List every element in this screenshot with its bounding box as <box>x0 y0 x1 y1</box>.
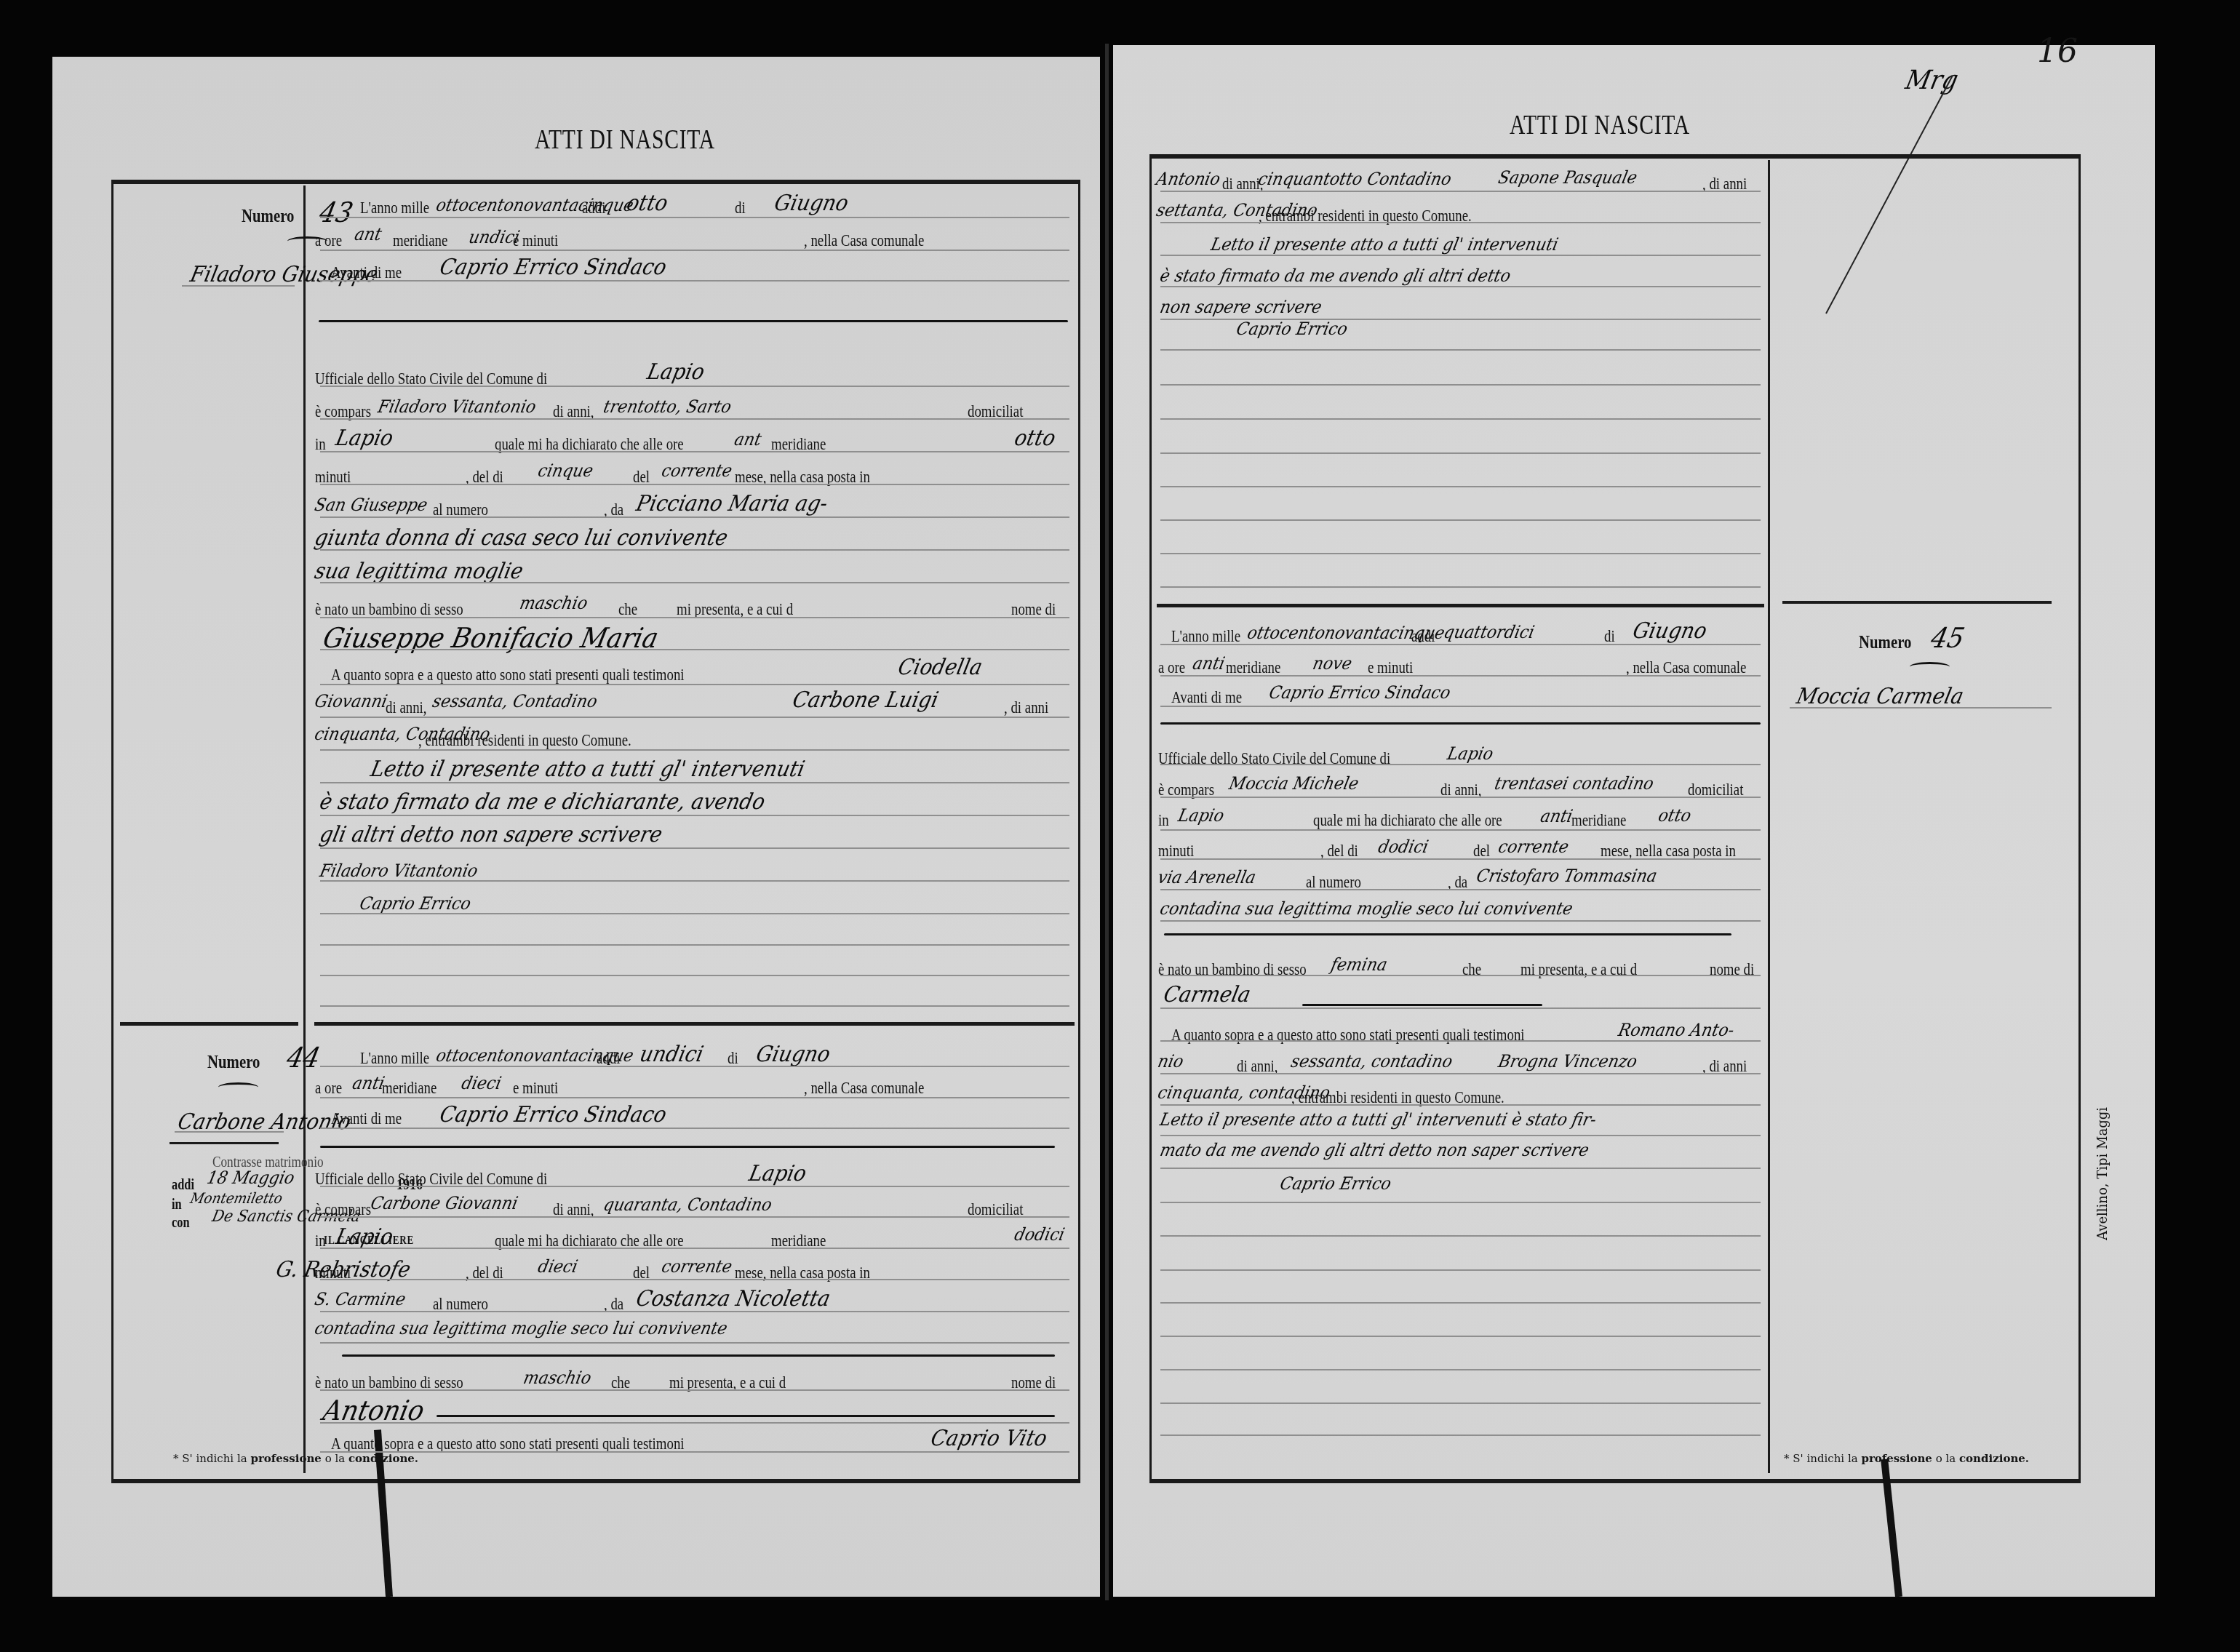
flourish <box>218 1082 258 1092</box>
pen-fill-stroke <box>1164 933 1731 935</box>
footnote-right: * S' indichi la professione o la condizi… <box>1784 1452 2029 1465</box>
ruled-line <box>320 484 1069 485</box>
right-main-entry-rule <box>1157 604 1764 607</box>
ruled-line <box>1160 1434 1761 1436</box>
ruled-line <box>175 1131 284 1133</box>
del-value: corrente <box>660 460 734 481</box>
ruled-line <box>320 1066 1069 1067</box>
ruled-line <box>320 913 1069 914</box>
ruled-line <box>1160 975 1761 976</box>
ruled-line <box>1160 418 1761 420</box>
ruled-line <box>320 684 1069 685</box>
left-margin-entry-rule <box>120 1022 298 1026</box>
numero-43: 43 <box>316 196 356 228</box>
ora-nascita-prefix: anti <box>1539 806 1574 826</box>
sesso-value: femina <box>1329 954 1390 975</box>
minuti-label: e minuti <box>513 231 558 250</box>
sesso-value: maschio <box>518 593 589 613</box>
flourish <box>1910 662 1950 671</box>
ruled-line <box>1160 1369 1761 1370</box>
ora-nascita-prefix: ant <box>733 429 763 450</box>
ruled-line <box>320 815 1069 816</box>
numero-44: 44 <box>284 1042 323 1074</box>
sesso-value: maschio <box>522 1368 593 1388</box>
ruled-line <box>1160 319 1761 320</box>
di-anni-label-3: , di anni <box>1004 698 1048 717</box>
pen-fill-stroke <box>1160 722 1761 725</box>
eta-value: trentasei contadino <box>1493 773 1656 794</box>
eta-value: trentotto, Sarto <box>602 396 733 417</box>
chiusura-line-3: gli altri detto non sapere scrivere <box>317 822 664 847</box>
giorno-value: undici <box>637 1042 706 1067</box>
di-anni-label-2: di anni, <box>386 698 427 717</box>
ruled-line <box>320 1097 1069 1098</box>
in-value: Lapio <box>333 426 395 451</box>
in-label: in <box>1158 811 1169 830</box>
ruled-line <box>1160 920 1761 922</box>
ora-nascita-value: dodici <box>1013 1224 1067 1245</box>
firma-ufficiale: Caprio Errico <box>1235 319 1350 339</box>
ore-prefix: ant <box>353 224 383 244</box>
chiusura-line-2: mato da me avendo gli altri detto non sa… <box>1158 1140 1591 1160</box>
eta1-value: sessanta, contadino <box>1289 1051 1454 1072</box>
annotation-addi-value: 18 Maggio <box>205 1168 296 1188</box>
testimone2-value: Carbone Luigi <box>790 687 941 713</box>
ore-value: dieci <box>460 1073 503 1093</box>
ruled-line <box>1160 519 1761 521</box>
avanti-label: Avanti di me <box>1171 688 1242 707</box>
ruled-line <box>320 1342 1069 1344</box>
entrambi-label: , entrambi residenti in questo Comune. <box>418 731 631 750</box>
comparso-value: Carbone Giovanni <box>369 1193 519 1213</box>
ruled-line <box>320 280 1069 282</box>
firma-dichiarante: Filadoro Vitantonio <box>318 861 479 881</box>
ruled-line <box>1160 349 1761 351</box>
ore-prefix: anti <box>1191 653 1227 674</box>
page-number-mark: 16 <box>2037 33 2078 70</box>
pen-fill-stroke <box>1302 1004 1542 1006</box>
ruled-line <box>320 1248 1069 1249</box>
ruled-line <box>320 975 1069 976</box>
footnote-bold: condizione. <box>1959 1452 2029 1465</box>
ruled-line <box>1160 1336 1761 1337</box>
ore-label: a ore <box>315 1079 342 1098</box>
ruled-line <box>320 1279 1069 1280</box>
ruled-line <box>320 782 1069 783</box>
ruled-line <box>320 549 1069 551</box>
ruled-line <box>320 582 1069 583</box>
madre-line-2: contadina sua legittima moglie seco lui … <box>313 1318 730 1338</box>
ruled-line <box>320 1389 1069 1391</box>
annotation-addi-label: addi <box>172 1177 194 1194</box>
initials-mark: Mrg <box>1903 65 1961 95</box>
ruled-line <box>320 516 1069 518</box>
chiusura-line-1: Letto il presente atto a tutti gl' inter… <box>368 757 807 782</box>
meridiane-label: meridiane <box>382 1079 437 1098</box>
minuti-label: e minuti <box>513 1079 558 1098</box>
di-label: di <box>735 199 746 218</box>
ruled-line <box>320 451 1069 452</box>
ruled-line <box>320 1128 1069 1129</box>
in-value: Lapio <box>333 1224 395 1250</box>
madre-value: Picciano Maria ag- <box>634 491 830 516</box>
meridiane-label: meridiane <box>393 231 447 250</box>
right-margin-entry-rule <box>1782 601 2052 604</box>
madre-value: Costanza Nicoletta <box>634 1286 832 1312</box>
ruled-line <box>1160 1135 1761 1136</box>
comune-value: Lapio <box>1446 743 1495 764</box>
ore-value: nove <box>1311 653 1354 674</box>
ruled-line <box>1160 1007 1761 1009</box>
mese-value: Giugno <box>1630 618 1709 644</box>
giorno-value: quattordici <box>1442 622 1536 642</box>
ruled-line <box>1160 1235 1761 1237</box>
mese-value: Giugno <box>772 191 850 216</box>
page-title-left: ATTI DI NASCITA <box>535 124 715 156</box>
testimone2-value: Brogna Vincenzo <box>1496 1051 1639 1072</box>
sindaco-value: Caprio Errico Sindaco <box>437 1102 669 1128</box>
chiusura-line-1: Letto il presente atto a tutti gl' inter… <box>1158 1109 1598 1130</box>
ruled-line <box>1160 1168 1761 1169</box>
testimoni-label: A quanto sopra e a questo atto sono stat… <box>1171 1026 1525 1045</box>
giorno-value: otto <box>624 191 670 216</box>
nato-label: è nato un bambino di sesso <box>1158 960 1307 979</box>
madre-line-2: contadina sua legittima moglie seco lui … <box>1158 898 1575 919</box>
ruled-line <box>1160 222 1761 223</box>
sindaco-value: Caprio Errico Sindaco <box>437 255 669 280</box>
ruled-line <box>320 649 1069 650</box>
meridiane-label-2: meridiane <box>1571 811 1626 830</box>
nome-di-label: nome di <box>1710 960 1754 979</box>
firma-ufficiale: Caprio Errico <box>1278 1173 1393 1194</box>
chiusura-line-1: Letto il presente atto a tutti gl' inter… <box>1209 234 1561 255</box>
ruled-line <box>320 250 1069 251</box>
del-value: corrente <box>1496 837 1571 857</box>
footnote-bold: professione <box>1861 1452 1932 1465</box>
book-spine <box>1105 44 1109 1600</box>
firma-ufficiale: Caprio Errico <box>358 893 473 914</box>
ruled-line <box>1160 452 1761 454</box>
ruled-line <box>1160 486 1761 487</box>
ruled-line <box>320 749 1069 751</box>
quale-label: quale mi ha dichiarato che alle ore <box>1313 811 1502 830</box>
ora-nascita-value: otto <box>1012 426 1058 451</box>
ruled-line <box>320 1186 1069 1187</box>
ruled-line <box>1160 1040 1761 1042</box>
ora-nascita-value: otto <box>1657 805 1693 826</box>
ruled-line <box>1160 553 1761 554</box>
del-di-value: dieci <box>536 1256 580 1277</box>
chiusura-line-3: non sapere scrivere <box>1158 297 1324 317</box>
numero-label-44: Numero <box>207 1051 260 1073</box>
ore-prefix: anti <box>351 1073 386 1093</box>
ruled-line <box>1160 384 1761 386</box>
numero-45: 45 <box>1928 622 1967 654</box>
annotation-rule <box>170 1142 279 1144</box>
ruled-line <box>320 617 1069 618</box>
ruled-line <box>1160 829 1761 831</box>
ruled-line <box>320 880 1069 882</box>
casa-comunale-label: , nella Casa comunale <box>804 231 924 250</box>
comparso-value: Filadoro Vitantonio <box>376 396 538 417</box>
footnote-bold: professione <box>250 1452 321 1465</box>
comune-value: Lapio <box>746 1161 808 1186</box>
ruled-line <box>320 944 1069 946</box>
pen-fill-stroke <box>342 1354 1055 1357</box>
avanti-label: Avanti di me <box>331 1109 402 1128</box>
madre-line-3: sua legittima moglie <box>312 559 525 584</box>
ore-label: a ore <box>315 231 342 250</box>
testimone1-cont: nio <box>1156 1051 1186 1072</box>
footnote-text: o la <box>322 1452 348 1465</box>
ruled-line <box>1160 1269 1761 1271</box>
pen-fill-stroke <box>319 320 1068 322</box>
ruled-line <box>320 217 1069 218</box>
numero-label-45: Numero <box>1859 631 1911 653</box>
casa-value: S. Carmine <box>313 1289 407 1309</box>
annotation-in-label: in <box>172 1197 182 1213</box>
pen-fill-stroke <box>437 1415 1055 1417</box>
ruled-line <box>320 386 1069 387</box>
ruled-line <box>320 418 1069 420</box>
ruled-line <box>1160 191 1761 192</box>
ruled-line <box>1160 889 1761 890</box>
numero-label-43: Numero <box>242 205 294 227</box>
ruled-line <box>1160 1104 1761 1106</box>
testimone1-value: Ciodella <box>896 655 984 680</box>
mese-value: Giugno <box>754 1042 832 1067</box>
eta1-value: sessanta, Contadino <box>431 691 599 711</box>
chiusura-line-2: è stato firmato da me avendo gli altri d… <box>1158 266 1512 286</box>
ruled-line <box>1160 1302 1761 1304</box>
ruled-line <box>1790 707 2052 709</box>
testimoni-label: A quanto sopra e a questo atto sono stat… <box>331 666 685 685</box>
sindaco-value: Caprio Errico Sindaco <box>1267 682 1452 703</box>
chiusura-line-2: è stato firmato da me e dichiarante, ave… <box>317 789 768 815</box>
entry-name-45: Moccia Carmela <box>1794 684 1966 709</box>
printer-credit: Avellino, Tipi Maggi <box>2095 1107 2111 1240</box>
mi-presenta-label: mi presenta, e a cui d <box>1520 960 1637 979</box>
ruled-line <box>1160 764 1761 765</box>
ruled-line <box>1160 286 1761 287</box>
madre-value: Cristofaro Tommasina <box>1475 866 1659 886</box>
eta1-value: cinquantotto Contadino <box>1256 169 1454 189</box>
testimone1-cont: Antonio <box>1155 169 1222 189</box>
ruled-line <box>320 1451 1069 1453</box>
annotation-in-value: Montemiletto <box>188 1189 284 1207</box>
anno-label: L'anno mille <box>360 199 429 218</box>
casa-value: via Arenella <box>1156 867 1258 887</box>
ruled-line <box>320 1311 1069 1312</box>
testimone1-value: Romano Anto- <box>1617 1020 1736 1040</box>
annotation-con-label: con <box>172 1215 190 1232</box>
addi-label: addi <box>582 199 605 218</box>
testimone2-value: Sapone Pasquale <box>1496 167 1639 188</box>
ruled-line <box>1160 675 1761 677</box>
ruled-line <box>320 1005 1069 1007</box>
right-column-divider <box>1768 160 1770 1473</box>
ruled-line <box>1160 858 1761 860</box>
ufficiale-label: Ufficiale dello Stato Civile del Comune … <box>1158 749 1390 768</box>
left-main-entry-rule <box>314 1022 1075 1026</box>
del-di-value: cinque <box>536 460 595 481</box>
ruled-line <box>1160 586 1761 588</box>
nome-value: Carmela <box>1161 982 1253 1007</box>
ruled-line <box>182 285 295 287</box>
page-title-right: ATTI DI NASCITA <box>1510 109 1690 141</box>
footnote-text: * S' indichi la <box>1784 1452 1861 1465</box>
ruled-line <box>320 717 1069 718</box>
casa-value: San Giuseppe <box>313 495 429 515</box>
pen-fill-stroke <box>320 1146 1055 1148</box>
ruled-line <box>320 1216 1069 1218</box>
in-value: Lapio <box>1176 805 1226 826</box>
testimone1-value: Caprio Vito <box>928 1426 1049 1451</box>
del-di-value: dodici <box>1376 837 1430 857</box>
del-value: corrente <box>660 1256 734 1277</box>
eta-value: quaranta, Contadino <box>602 1194 774 1215</box>
ruled-line <box>320 847 1069 849</box>
ruled-line <box>1160 1402 1761 1404</box>
ruled-line <box>1160 255 1761 256</box>
ruled-line <box>1160 644 1761 645</box>
footnote-text: * S' indichi la <box>173 1452 250 1465</box>
ruled-line <box>320 1422 1069 1424</box>
ruled-line <box>1160 797 1761 798</box>
comparso-value: Moccia Michele <box>1227 773 1360 794</box>
casa-comunale-label: , nella Casa comunale <box>804 1079 924 1098</box>
comune-value: Lapio <box>645 359 706 385</box>
che-label: che <box>1462 960 1481 979</box>
ruled-line <box>1160 1202 1761 1203</box>
ruled-line <box>1160 706 1761 707</box>
ruled-line <box>1160 1073 1761 1074</box>
footnote-text: o la <box>1932 1452 1959 1465</box>
madre-line-2: giunta donna di casa seco lui convivente <box>312 525 730 551</box>
testimone1-cont: Giovanni <box>313 691 389 711</box>
